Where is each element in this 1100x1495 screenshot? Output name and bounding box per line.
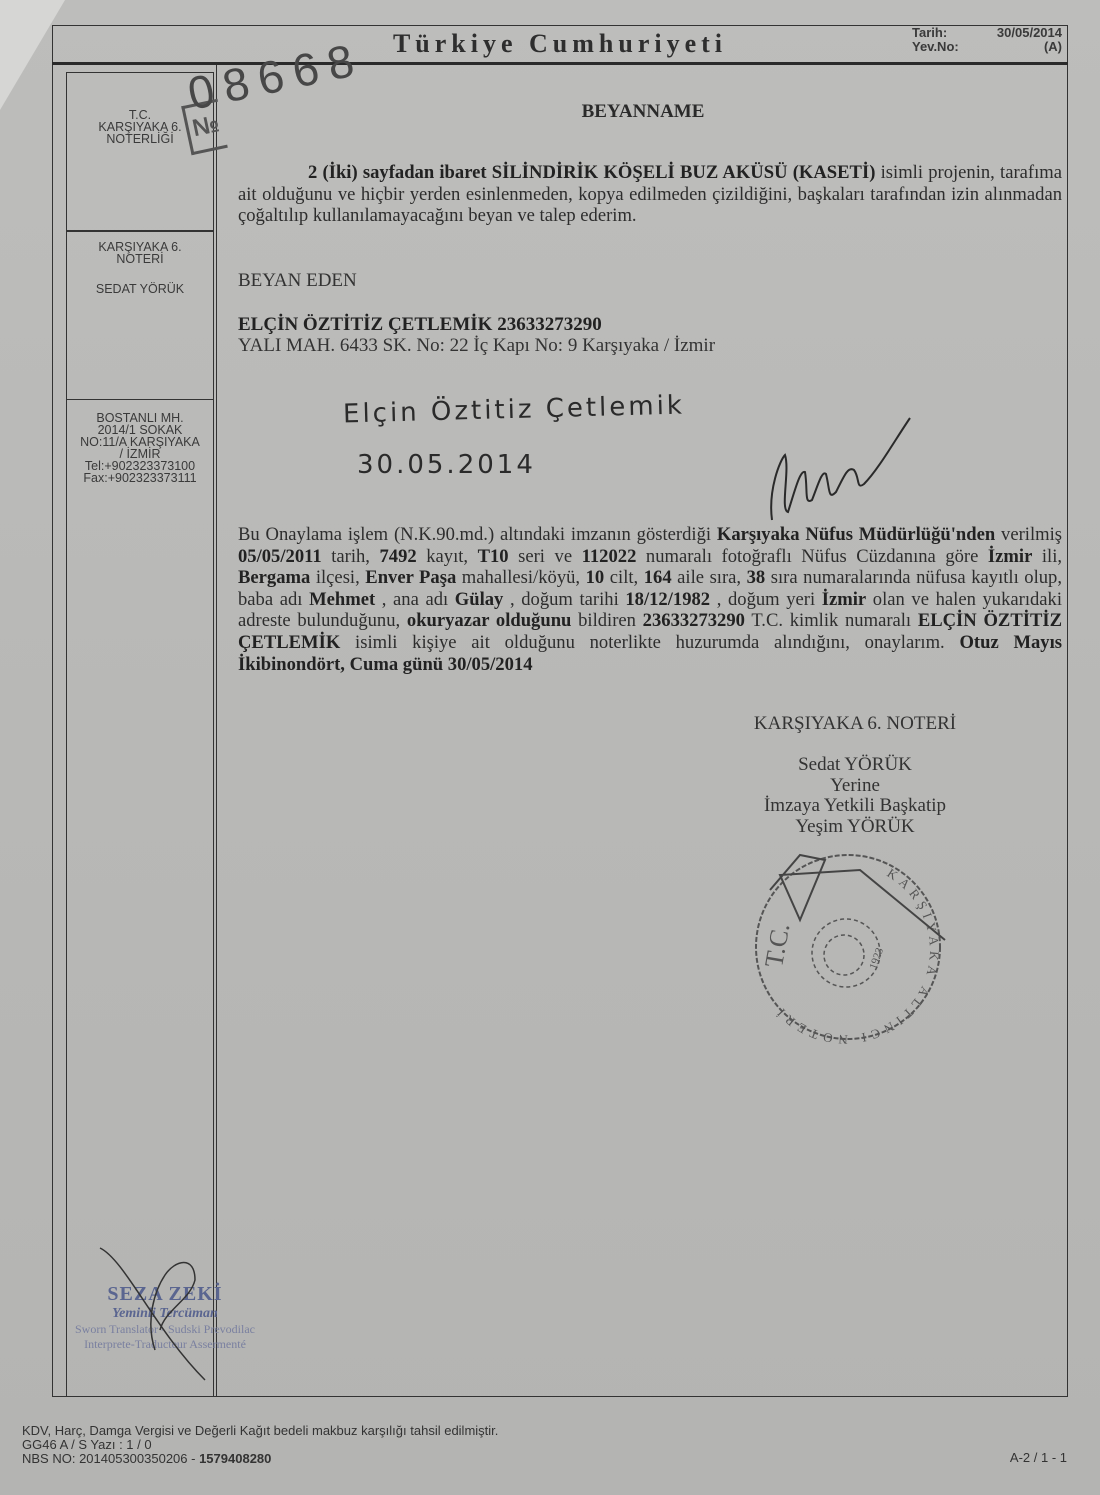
notary-line: Sedat YÖRÜK xyxy=(700,755,1010,776)
handwritten-date: 30.05.2014 xyxy=(357,450,536,480)
approval-segment: İzmir xyxy=(822,589,866,610)
notary-name: SEDAT YÖRÜK xyxy=(67,283,213,295)
notary-seal: KARŞIYAKA ALTINCI NOTERİ T.C. 1923 xyxy=(740,845,950,1045)
fax-line: Fax:+902323373111 xyxy=(67,472,213,484)
footer-form-line: GG46 A / S Yazı : 1 / 0 xyxy=(22,1438,498,1452)
approval-segment: Gülay xyxy=(455,589,504,610)
left-column: T.C. KARŞIYAKA 6. NOTERLİĞİ KARŞIYAKA 6.… xyxy=(52,65,217,1397)
approval-segment: okuryazar olduğunu xyxy=(407,610,571,631)
notary-office: KARŞIYAKA 6. NOTERİ xyxy=(700,714,1010,735)
approval-segment: tarih, xyxy=(322,546,380,567)
declarant-address: YALI MAH. 6433 SK. No: 22 İç Kapı No: 9 … xyxy=(238,335,715,357)
nbs-number: 1579408280 xyxy=(199,1451,271,1466)
notary-line: Yeşim YÖRÜK xyxy=(700,817,1010,838)
date-value: 30/05/2014 xyxy=(997,26,1062,40)
declarant-name: ELÇİN ÖZTİTİZ ÇETLEMİK 23633273290 xyxy=(238,314,602,336)
approval-segment: ilçesi, xyxy=(310,567,365,588)
svg-text:T.C.: T.C. xyxy=(759,921,795,970)
box2-line: NOTERİ xyxy=(67,253,213,265)
header-bar: Türkiye Cumhuriyeti Tarih:30/05/2014 Yev… xyxy=(52,25,1068,65)
approval-segment: Mehmet xyxy=(309,589,375,610)
approval-segment: kayıt, xyxy=(417,546,478,567)
approval-segment: 10 xyxy=(586,567,605,588)
declarant-label: BEYAN EDEN xyxy=(238,270,357,292)
approval-segment: seri ve xyxy=(509,546,582,567)
header-meta: Tarih:30/05/2014 Yev.No:(A) xyxy=(912,26,1062,54)
approval-segment: 23633273290 xyxy=(643,610,745,631)
nbs-label: NBS NO: 201405300350206 - xyxy=(22,1451,199,1466)
approval-paragraph: Bu Onaylama işlem (N.K.90.md.) altındaki… xyxy=(238,524,1062,675)
declaration-paragraph: 2 (İki) sayfadan ibaret SİLİNDİRİK KÖŞEL… xyxy=(238,162,1062,227)
footer-nbs-line: NBS NO: 201405300350206 - 1579408280 xyxy=(22,1452,498,1466)
approval-segment: 38 xyxy=(747,567,766,588)
approval-segment: aile sıra, xyxy=(672,567,747,588)
approval-segment: ili, xyxy=(1032,546,1062,567)
approval-segment: verilmiş xyxy=(995,524,1062,545)
notary-line: İmzaya Yetkili Başkatip xyxy=(700,796,1010,817)
svg-text:1923: 1923 xyxy=(867,946,886,971)
declaration-intro: 2 (İki) sayfadan ibaret xyxy=(308,162,487,183)
project-name: SİLİNDİRİK KÖŞELİ BUZ AKÜSÜ (KASETİ) xyxy=(492,162,876,183)
approval-segment: Karşıyaka Nüfus Müdürlüğü'nden xyxy=(717,524,995,545)
approval-segment: 05/05/2011 xyxy=(238,546,322,567)
approval-segment: bildiren xyxy=(571,610,642,631)
page-reference: A-2 / 1 - 1 xyxy=(1010,1450,1067,1465)
footer: KDV, Harç, Damga Vergisi ve Değerli Kağı… xyxy=(22,1424,498,1466)
document-page: Türkiye Cumhuriyeti Tarih:30/05/2014 Yev… xyxy=(0,0,1100,1495)
declarant-signature xyxy=(760,400,930,530)
translator-signature xyxy=(95,1240,235,1390)
yev-value: (A) xyxy=(1044,40,1062,54)
approval-segment: 18/12/1982 xyxy=(625,589,710,610)
notary-name-box: KARŞIYAKA 6. NOTERİ SEDAT YÖRÜK xyxy=(66,230,214,400)
approval-segment: numaralı fotoğraflı Nüfus Cüzdanına göre xyxy=(636,546,988,567)
date-label: Tarih: xyxy=(912,26,947,40)
approval-segment: Bu Onaylama işlem (N.K.90.md.) altındaki… xyxy=(238,524,717,545)
approval-segment: , doğum tarihi xyxy=(503,589,625,610)
yev-label: Yev.No: xyxy=(912,40,959,54)
approval-segment: 164 xyxy=(644,567,672,588)
approval-segment: İzmir xyxy=(988,546,1032,567)
approval-segment: T.C. kimlik numaralı xyxy=(745,610,918,631)
footer-fee-line: KDV, Harç, Damga Vergisi ve Değerli Kağı… xyxy=(22,1424,498,1438)
approval-segment: 7492 xyxy=(380,546,417,567)
approval-segment: isimli kişiye ait olduğunu noterlikte hu… xyxy=(340,632,959,653)
document-title: BEYANNAME xyxy=(218,101,1068,123)
approval-segment: Enver Paşa xyxy=(365,567,456,588)
approval-segment: 112022 xyxy=(582,546,637,567)
approval-segment: , doğum yeri xyxy=(710,589,822,610)
approval-segment: mahallesi/köyü, xyxy=(456,567,585,588)
approval-segment: T10 xyxy=(478,546,509,567)
approval-segment: , ana adı xyxy=(375,589,455,610)
approval-segment: Bergama xyxy=(238,567,310,588)
svg-text:KARŞIYAKA ALTINCI NOTERİ: KARŞIYAKA ALTINCI NOTERİ xyxy=(771,865,943,1045)
notary-signature-block: Sedat YÖRÜK Yerine İmzaya Yetkili Başkat… xyxy=(700,755,1010,837)
notary-line: Yerine xyxy=(700,776,1010,797)
approval-segment: cilt, xyxy=(604,567,644,588)
